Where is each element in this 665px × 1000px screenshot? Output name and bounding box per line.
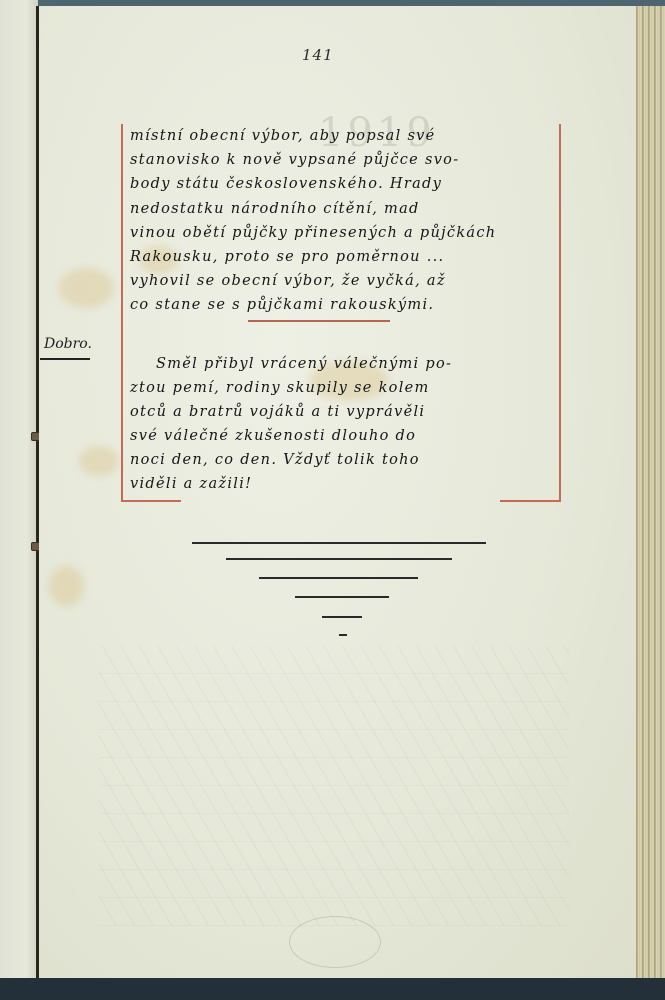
bleedthrough-script bbox=[99, 646, 569, 926]
red-frame-bottom-left bbox=[121, 500, 181, 502]
text-line: ztou pemí, rodiny skupily se kolem bbox=[130, 376, 556, 400]
text-line: body státu československého. Hrady bbox=[130, 172, 556, 196]
text-line: své válečné zkušenosti dlouho do bbox=[130, 424, 556, 448]
page-number: 141 bbox=[302, 46, 334, 64]
text-line: nedostatku národního cítění, mad bbox=[130, 197, 556, 221]
water-stain bbox=[59, 268, 114, 308]
paragraph-2: Směl přibyl vrácený válečnými po- ztou p… bbox=[130, 352, 556, 497]
taper-rule bbox=[295, 596, 389, 598]
text-line: co stane se s půjčkami rakouskými. bbox=[130, 293, 556, 317]
text-line: otců a bratrů vojáků a ti vyprávěli bbox=[130, 400, 556, 424]
bottom-shadow bbox=[0, 978, 665, 1000]
left-page-edge bbox=[0, 0, 38, 978]
text-line: viděli a zažili! bbox=[130, 472, 556, 496]
red-frame-right bbox=[559, 124, 561, 502]
section-divider-rule bbox=[248, 320, 390, 322]
taper-rule bbox=[322, 616, 362, 618]
taper-rule bbox=[226, 558, 452, 560]
water-stain bbox=[49, 566, 84, 606]
text-line: vinou obětí půjčky přinesených a půjčkác… bbox=[130, 221, 556, 245]
taper-rule bbox=[192, 542, 486, 544]
handwritten-text: místní obecní výbor, aby popsal své stan… bbox=[130, 124, 556, 497]
text-line: Směl přibyl vrácený válečnými po- bbox=[130, 352, 556, 376]
page-stack-edges bbox=[634, 6, 665, 978]
red-frame-left bbox=[121, 124, 123, 502]
paragraph-1: místní obecní výbor, aby popsal své stan… bbox=[130, 124, 556, 318]
taper-rule bbox=[339, 634, 347, 636]
text-line: Rakousku, proto se pro poměrnou ... bbox=[130, 245, 556, 269]
text-line: místní obecní výbor, aby popsal své bbox=[130, 124, 556, 148]
text-line: noci den, co den. Vždyť tolik toho bbox=[130, 448, 556, 472]
library-stamp bbox=[289, 916, 381, 968]
text-line: vyhovil se obecní výbor, že vyčká, až bbox=[130, 269, 556, 293]
margin-note-underline bbox=[40, 358, 90, 360]
taper-rule bbox=[259, 577, 418, 579]
margin-note: Dobro. bbox=[44, 336, 92, 352]
water-stain bbox=[79, 446, 119, 476]
red-frame-bottom-right bbox=[500, 500, 561, 502]
text-line: stanovisko k nově vypsané půjčce svo- bbox=[130, 148, 556, 172]
